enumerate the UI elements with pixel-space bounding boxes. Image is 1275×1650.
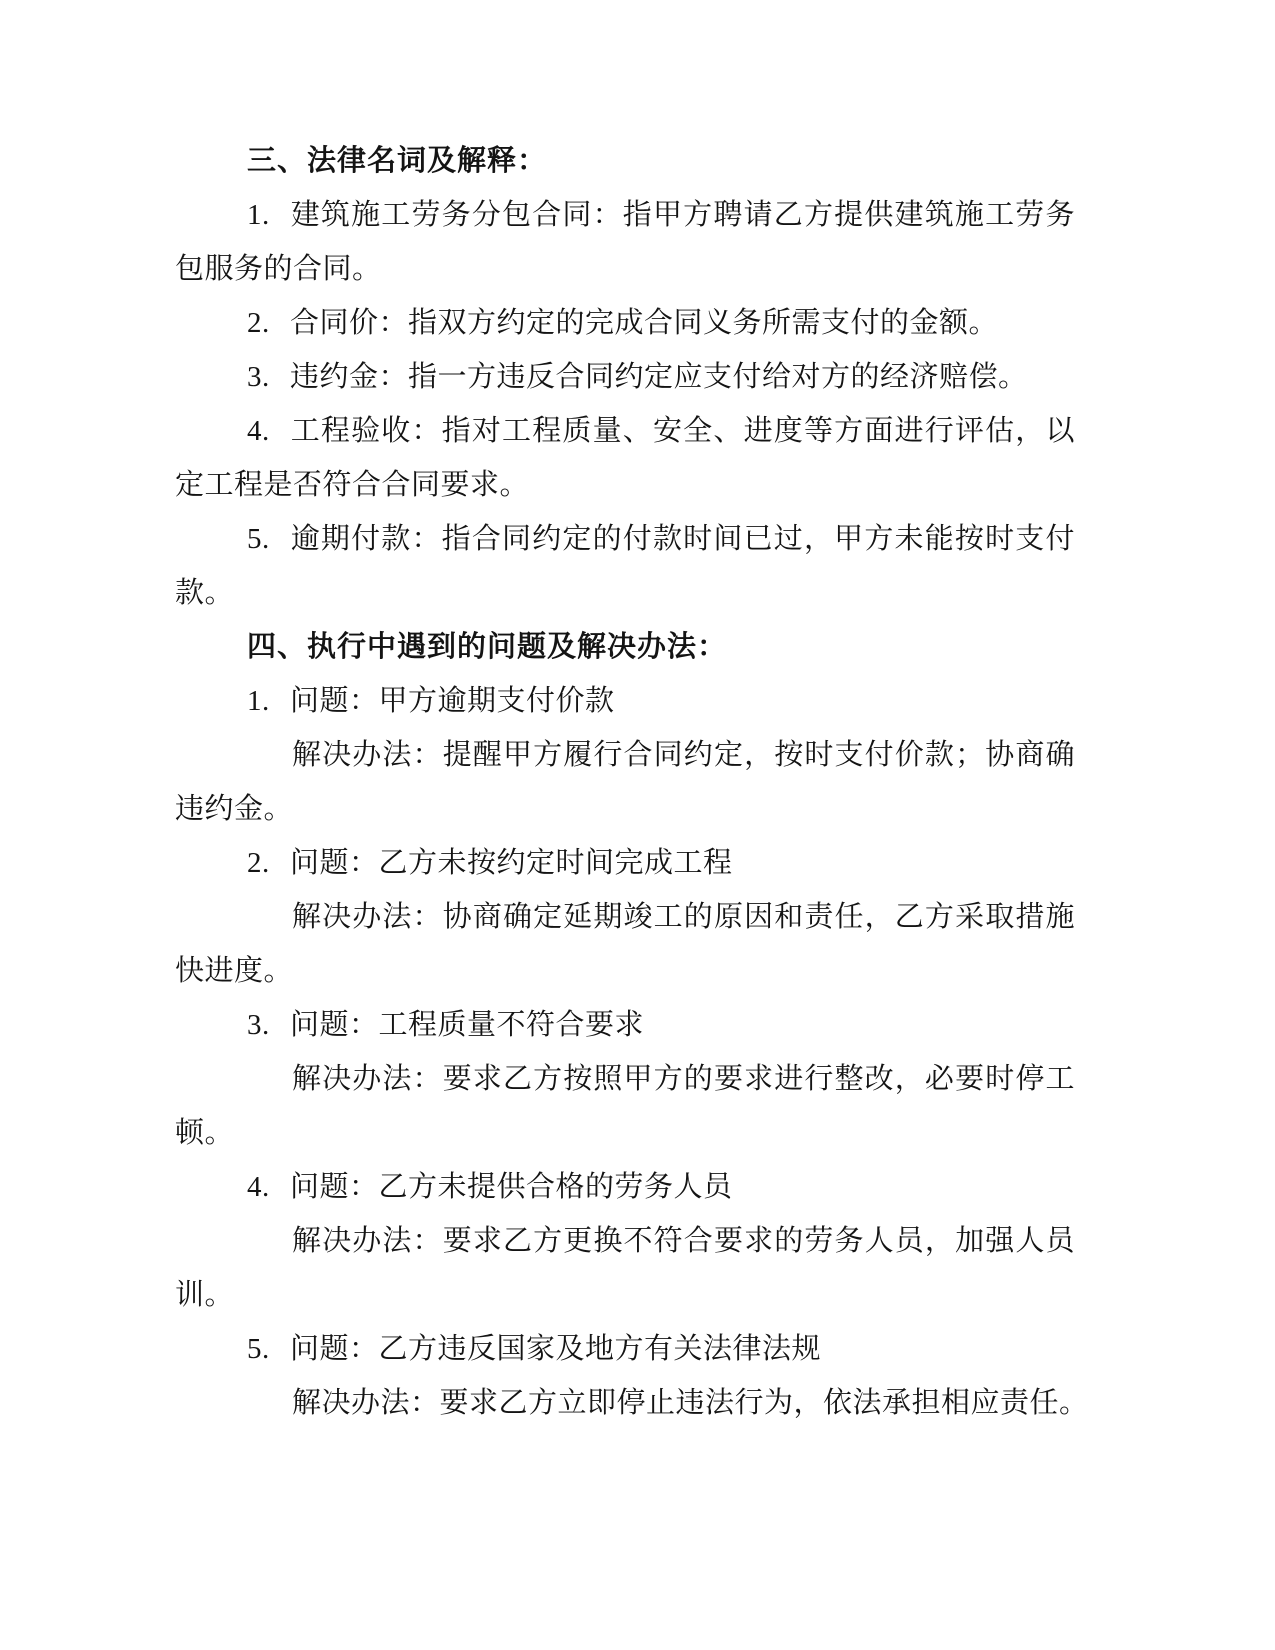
doc-line: 训。	[175, 1268, 1075, 1322]
list-number: 2.	[247, 836, 290, 890]
doc-line: 款。	[175, 566, 1075, 620]
doc-line-text: 问题：工程质量不符合要求	[290, 1009, 644, 1041]
doc-line: 3.违约金：指一方违反合同约定应支付给对方的经济赔偿。	[175, 350, 1075, 404]
doc-line: 1.问题：甲方逾期支付价款	[175, 674, 1075, 728]
document-text-block: 三、法律名词及解释： 1.建筑施工劳务分包合同：指甲方聘请乙方提供建筑施工劳务分…	[175, 134, 1075, 1430]
doc-line: 定工程是否符合合同要求。	[175, 458, 1075, 512]
list-number: 2.	[247, 296, 290, 350]
doc-line: 5.逾期付款：指合同约定的付款时间已过，甲方未能按时支付价	[175, 512, 1075, 566]
list-number: 4.	[247, 404, 290, 458]
list-number: 5.	[247, 1322, 290, 1376]
section-heading-4: 四、执行中遇到的问题及解决办法：	[175, 620, 1075, 674]
doc-line: 5.问题：乙方违反国家及地方有关法律法规	[175, 1322, 1075, 1376]
doc-line: 3.问题：工程质量不符合要求	[175, 998, 1075, 1052]
solution-line: 解决办法：要求乙方立即停止违法行为，依法承担相应责任。	[175, 1376, 1075, 1430]
doc-line-text: 违约金：指一方违反合同约定应支付给对方的经济赔偿。	[290, 361, 1028, 393]
doc-line: 包服务的合同。	[175, 242, 1075, 296]
doc-line: 4.工程验收：指对工程质量、安全、进度等方面进行评估，以确	[175, 404, 1075, 458]
doc-line-text: 逾期付款：指合同约定的付款时间已过，甲方未能按时支付价	[247, 523, 1075, 566]
doc-line-text: 建筑施工劳务分包合同：指甲方聘请乙方提供建筑施工劳务分	[247, 199, 1075, 242]
doc-line: 快进度。	[175, 944, 1075, 998]
document-page: 三、法律名词及解释： 1.建筑施工劳务分包合同：指甲方聘请乙方提供建筑施工劳务分…	[0, 0, 1275, 1650]
doc-line-text: 问题：乙方未按约定时间完成工程	[290, 847, 733, 879]
doc-line: 顿。	[175, 1106, 1075, 1160]
doc-line: 2.问题：乙方未按约定时间完成工程	[175, 836, 1075, 890]
doc-line-text: 合同价：指双方约定的完成合同义务所需支付的金额。	[290, 307, 998, 339]
list-number: 1.	[247, 188, 290, 242]
list-number: 5.	[247, 512, 290, 566]
doc-line-text: 问题：乙方未提供合格的劳务人员	[290, 1171, 733, 1203]
doc-line: 1.建筑施工劳务分包合同：指甲方聘请乙方提供建筑施工劳务分	[175, 188, 1075, 242]
doc-line-text: 问题：乙方违反国家及地方有关法律法规	[290, 1333, 821, 1365]
list-number: 3.	[247, 998, 290, 1052]
solution-line: 解决办法：要求乙方按照甲方的要求进行整改，必要时停工整	[175, 1052, 1075, 1106]
list-number: 4.	[247, 1160, 290, 1214]
doc-line-text: 问题：甲方逾期支付价款	[290, 685, 615, 717]
doc-line: 4.问题：乙方未提供合格的劳务人员	[175, 1160, 1075, 1214]
section-heading-3: 三、法律名词及解释：	[175, 134, 1075, 188]
list-number: 3.	[247, 350, 290, 404]
solution-line: 解决办法：提醒甲方履行合同约定，按时支付价款；协商确定	[175, 728, 1075, 782]
doc-line: 2.合同价：指双方约定的完成合同义务所需支付的金额。	[175, 296, 1075, 350]
list-number: 1.	[247, 674, 290, 728]
doc-line-text: 工程验收：指对工程质量、安全、进度等方面进行评估，以确	[247, 415, 1075, 458]
solution-line: 解决办法：要求乙方更换不符合要求的劳务人员，加强人员培	[175, 1214, 1075, 1268]
doc-line: 违约金。	[175, 782, 1075, 836]
solution-line: 解决办法：协商确定延期竣工的原因和责任，乙方采取措施加	[175, 890, 1075, 944]
